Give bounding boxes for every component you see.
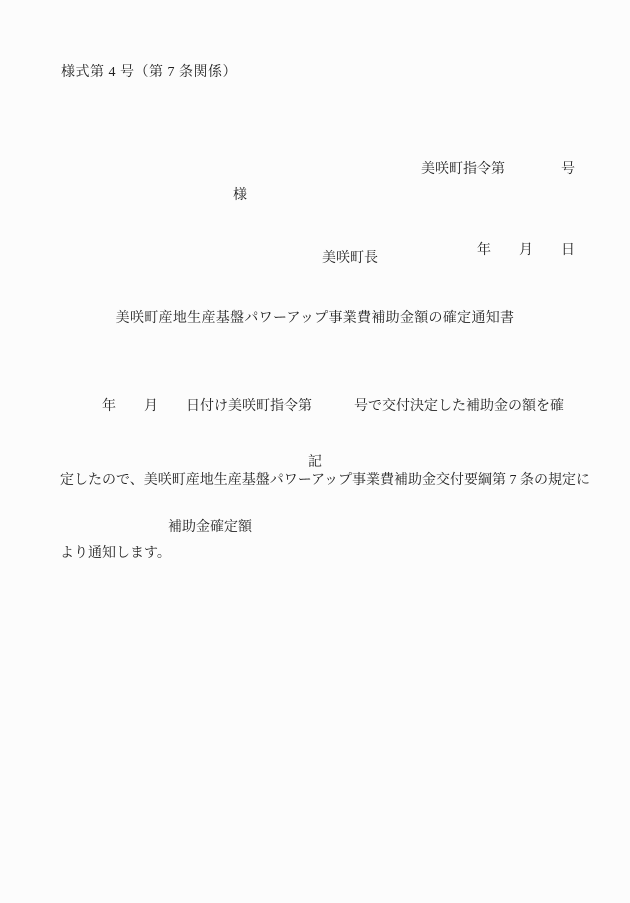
body-paragraph: 年 月 日付け美咲町指令第 号で交付決定した補助金の額を確 定したので、美咲町産… bbox=[60, 346, 572, 616]
addressee-honorific: 様 bbox=[233, 184, 247, 204]
body-line-3: より通知します。 bbox=[60, 542, 572, 567]
body-line-2: 定したので、美咲町産地生産基盤パワーアップ事業費補助金交付要綱第 7 条の規定に bbox=[60, 469, 572, 494]
document-page: 様式第 4 号（第 7 条関係） 美咲町指令第 号 年 月 日 様 美咲町長 美… bbox=[0, 0, 630, 903]
grant-amount-label: 補助金確定額 bbox=[168, 516, 252, 536]
body-line-1: 年 月 日付け美咲町指令第 号で交付決定した補助金の額を確 bbox=[60, 395, 572, 420]
issue-date-line: 年 月 日 bbox=[421, 237, 575, 264]
issue-header: 美咲町指令第 号 年 月 日 bbox=[421, 102, 575, 318]
issue-number-line: 美咲町指令第 号 bbox=[421, 156, 575, 183]
record-marker: 記 bbox=[0, 451, 630, 471]
document-title: 美咲町産地生産基盤パワーアップ事業費補助金額の確定通知書 bbox=[0, 307, 630, 327]
form-number: 様式第 4 号（第 7 条関係） bbox=[61, 61, 237, 81]
sender-title: 美咲町長 bbox=[322, 247, 378, 267]
